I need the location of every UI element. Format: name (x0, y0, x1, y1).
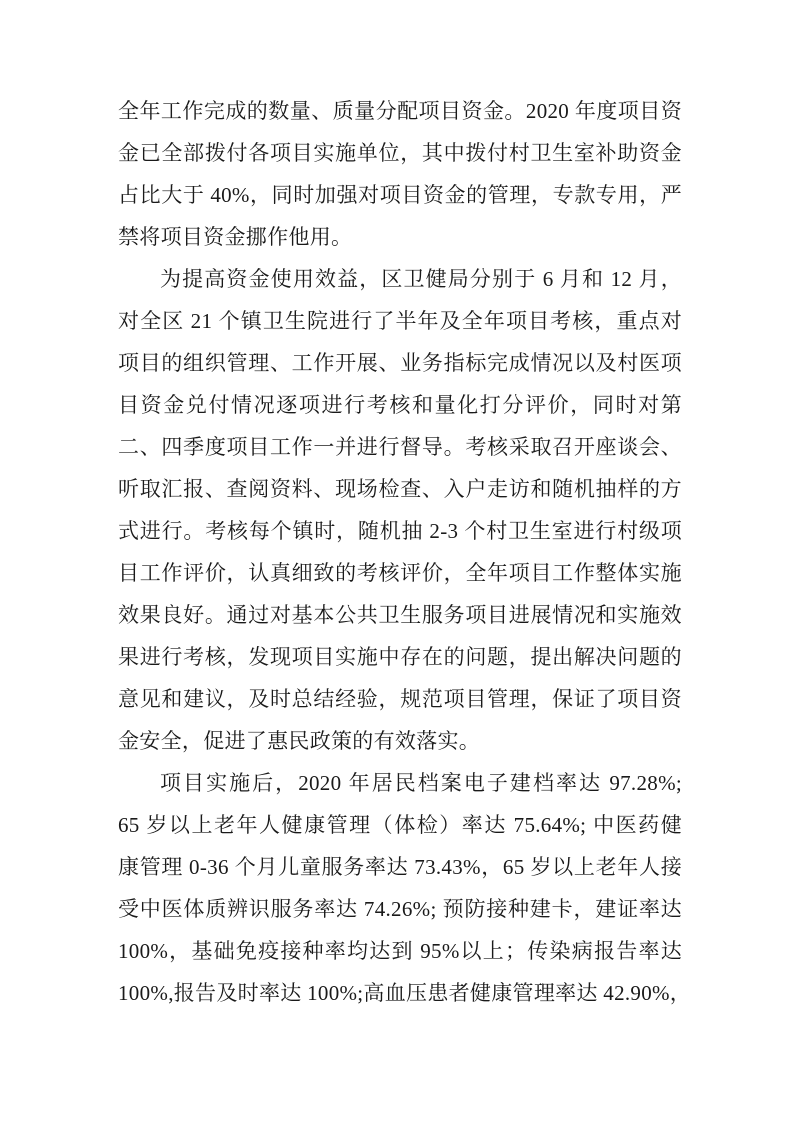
text-line: 对全区 21 个镇卫生院进行了半年及全年项目考核，重点对 (118, 300, 682, 342)
text-paragraph: 全年工作完成的数量、质量分配项目资金。2020 年度项目资金已全部拨付各项目实施… (118, 90, 682, 258)
text-line: 占比大于 40%，同时加强对项目资金的管理，专款专用，严 (118, 174, 682, 216)
text-line: 效果良好。通过对基本公共卫生服务项目进展情况和实施效 (118, 594, 682, 636)
text-line: 100%，基础免疫接种率均达到 95%以上；传染病报告率达 (118, 930, 682, 972)
text-line: 65 岁以上老年人健康管理（体检）率达 75.64%; 中医药健 (118, 804, 682, 846)
text-line: 项目的组织管理、工作开展、业务指标完成情况以及村医项 (118, 342, 682, 384)
document-text-body: 全年工作完成的数量、质量分配项目资金。2020 年度项目资金已全部拨付各项目实施… (118, 90, 682, 1014)
text-line: 金安全，促进了惠民政策的有效落实。 (118, 720, 682, 762)
text-line: 金已全部拨付各项目实施单位，其中拨付村卫生室补助资金 (118, 132, 682, 174)
text-line: 意见和建议，及时总结经验，规范项目管理，保证了项目资 (118, 678, 682, 720)
text-line: 听取汇报、查阅资料、现场检查、入户走访和随机抽样的方 (118, 468, 682, 510)
document-page: 全年工作完成的数量、质量分配项目资金。2020 年度项目资金已全部拨付各项目实施… (0, 0, 793, 1122)
text-paragraph: 为提高资金使用效益，区卫健局分别于 6 月和 12 月，对全区 21 个镇卫生院… (118, 258, 682, 762)
text-line: 目工作评价，认真细致的考核评价，全年项目工作整体实施 (118, 552, 682, 594)
text-line: 受中医体质辨识服务率达 74.26%; 预防接种建卡，建证率达 (118, 888, 682, 930)
text-line: 100%,报告及时率达 100%;高血压患者健康管理率达 42.90%， (118, 972, 682, 1014)
text-line: 式进行。考核每个镇时，随机抽 2-3 个村卫生室进行村级项 (118, 510, 682, 552)
text-line: 康管理 0-36 个月儿童服务率达 73.43%，65 岁以上老年人接 (118, 846, 682, 888)
text-line: 全年工作完成的数量、质量分配项目资金。2020 年度项目资 (118, 90, 682, 132)
text-line: 项目实施后，2020 年居民档案电子建档率达 97.28%; (118, 762, 682, 804)
text-line: 目资金兑付情况逐项进行考核和量化打分评价，同时对第 (118, 384, 682, 426)
text-line: 禁将项目资金挪作他用。 (118, 216, 682, 258)
text-line: 为提高资金使用效益，区卫健局分别于 6 月和 12 月， (118, 258, 682, 300)
text-line: 果进行考核，发现项目实施中存在的问题，提出解决问题的 (118, 636, 682, 678)
text-line: 二、四季度项目工作一并进行督导。考核采取召开座谈会、 (118, 426, 682, 468)
text-paragraph: 项目实施后，2020 年居民档案电子建档率达 97.28%;65 岁以上老年人健… (118, 762, 682, 1014)
